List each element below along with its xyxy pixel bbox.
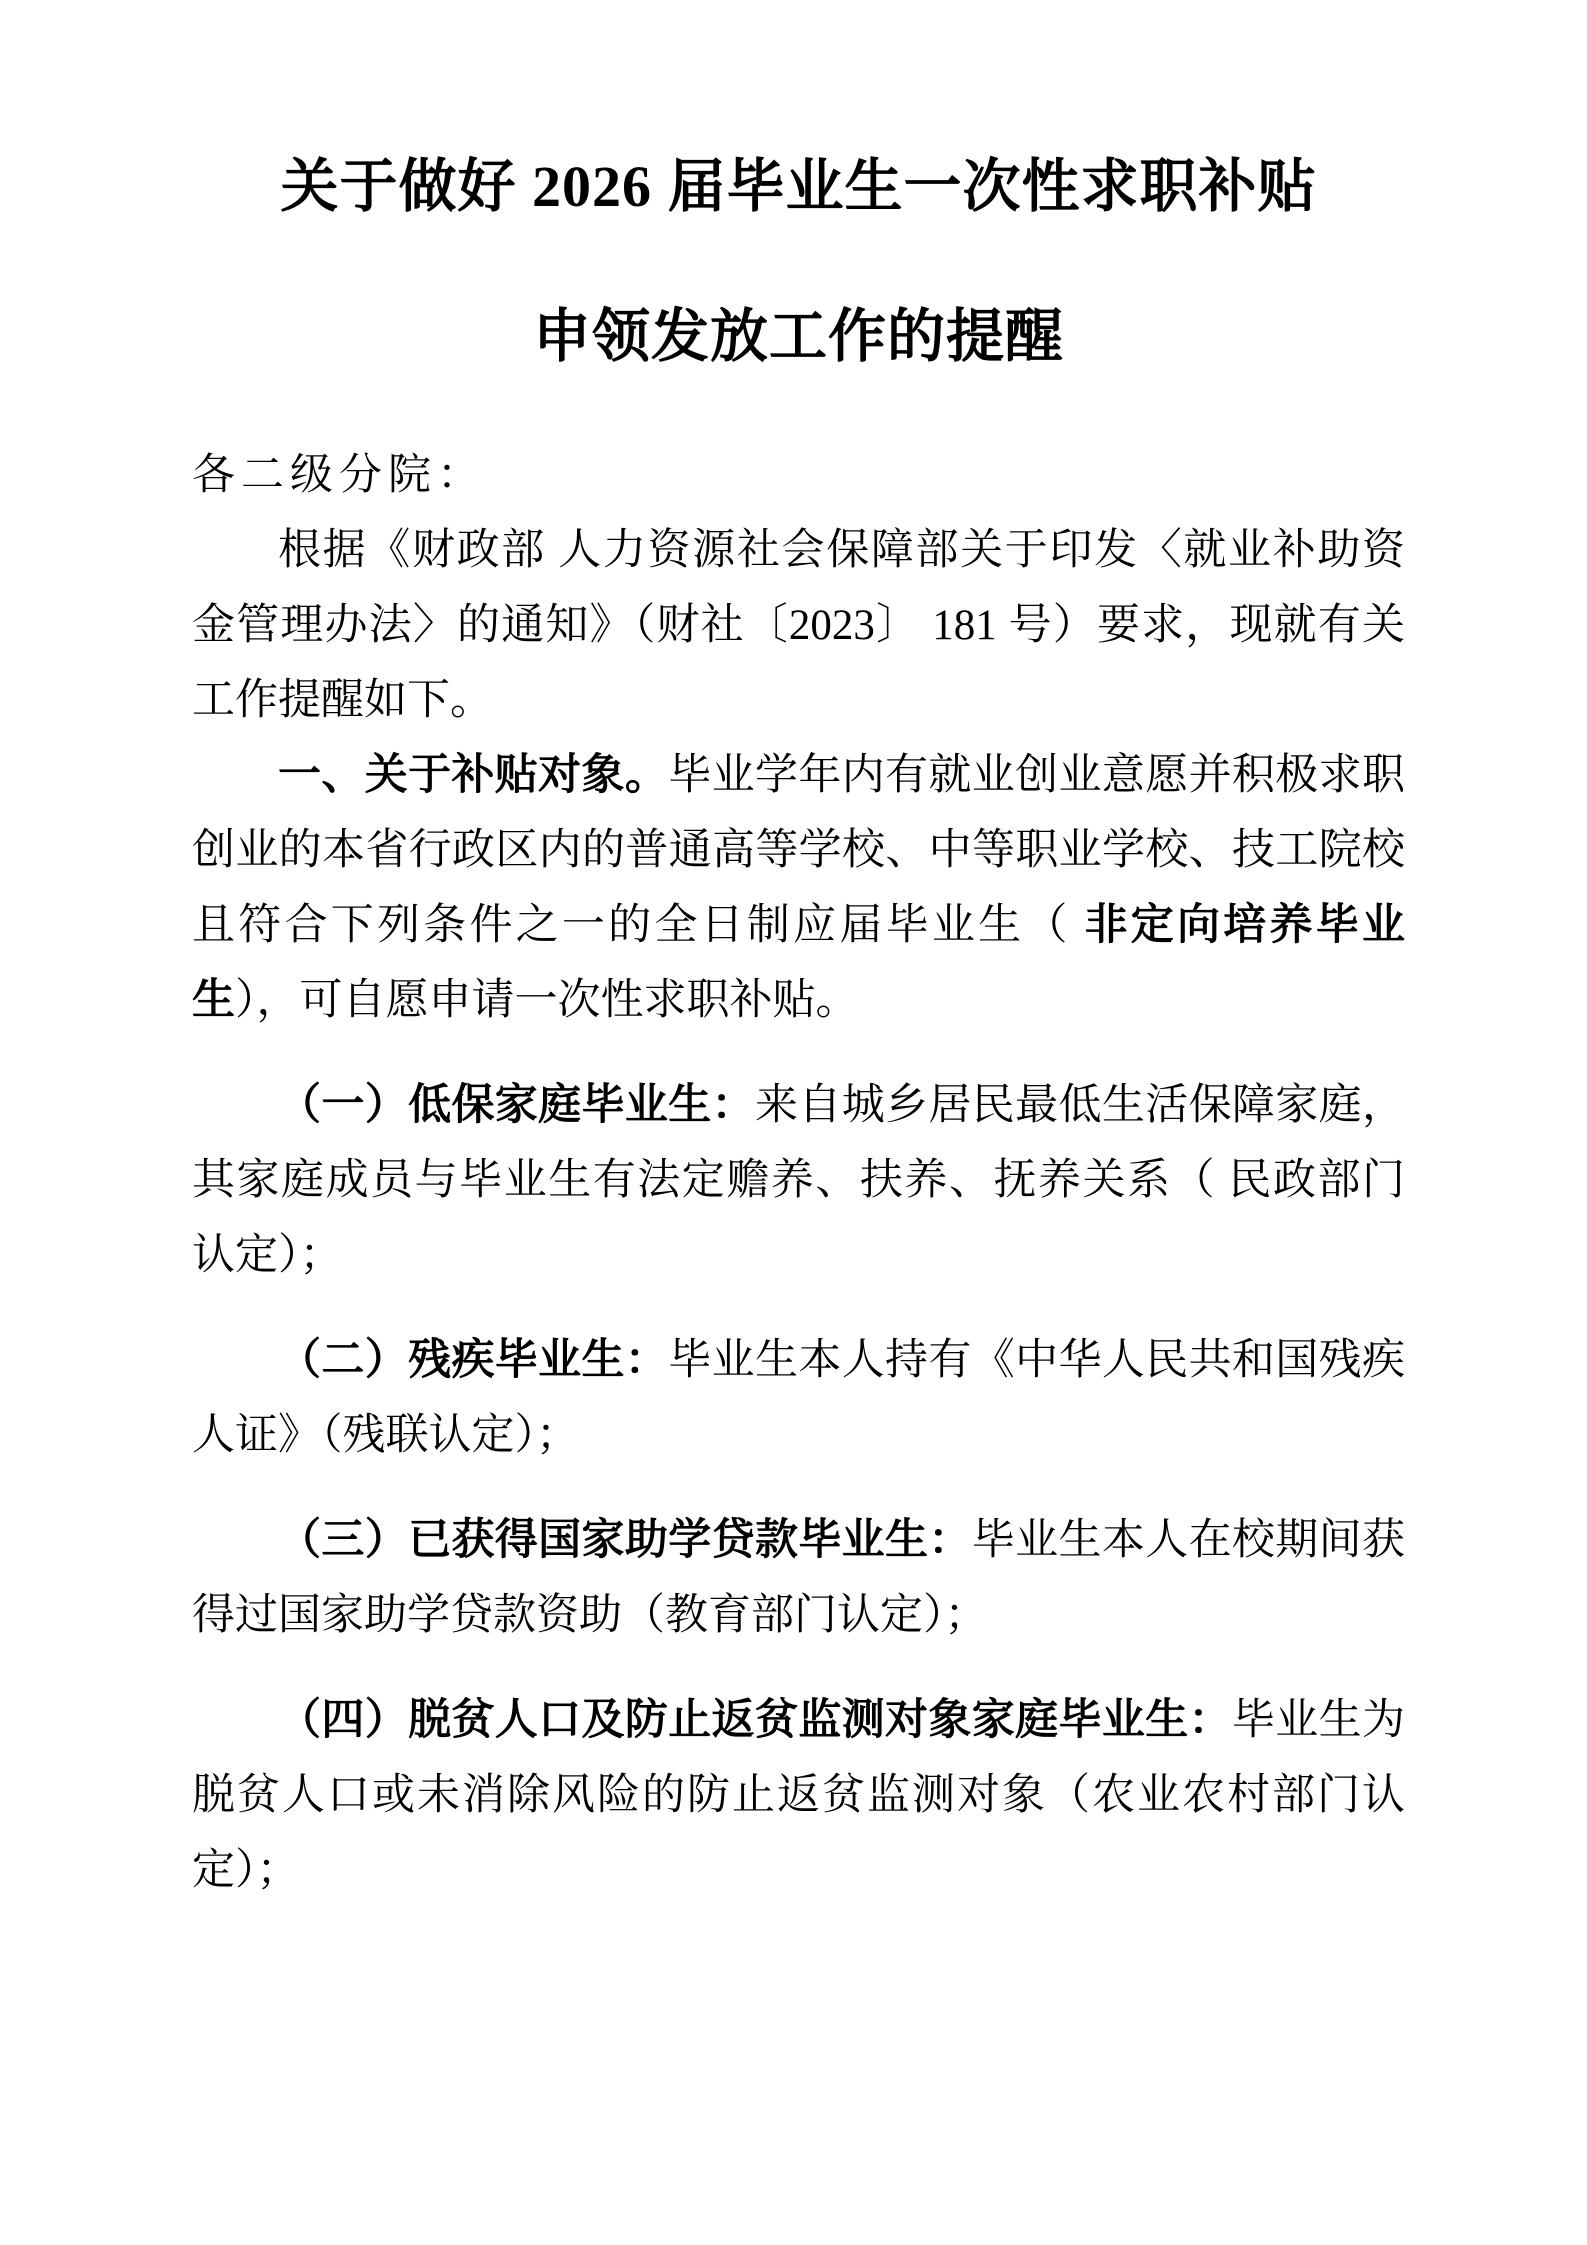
document-body: 各二级分院： 根据《财政部 人力资源社会保障部关于印发〈就业补助资金管理办法〉的… [192,438,1405,1908]
document-title: 关于做好 2026 届毕业生一次性求职补贴 申领发放工作的提醒 [192,112,1405,412]
title-line-1: 关于做好 2026 届毕业生一次性求职补贴 [192,112,1405,262]
intro-text: 根据《财政部 人力资源社会保障部关于印发〈就业补助资金管理办法〉的通知》（财社〔… [192,527,1405,724]
section-1-paragraph: 一、关于补贴对象。毕业学年内有就业创业意愿并积极求职创业的本省行政区内的普通高等… [192,738,1405,1038]
list-item-1: （一）低保家庭毕业生：来自城乡居民最低生活保障家庭，其家庭成员与毕业生有法定赡养… [192,1068,1405,1293]
title-line-2: 申领发放工作的提醒 [192,262,1405,412]
list-item-2-label: （二）残疾毕业生： [278,1337,668,1384]
document-page: 关于做好 2026 届毕业生一次性求职补贴 申领发放工作的提醒 各二级分院： 根… [0,0,1587,2245]
list-item-3: （三）已获得国家助学贷款毕业生：毕业生本人在校期间获得过国家助学贷款资助（教育部… [192,1503,1405,1653]
list-item-1-label: （一）低保家庭毕业生： [278,1082,755,1129]
section-1-body-b: ），可自愿申请一次性求职补贴。 [235,977,859,1024]
list-item-2: （二）残疾毕业生：毕业生本人持有《中华人民共和国残疾人证》（残联认定）； [192,1323,1405,1473]
section-1-heading: 一、关于补贴对象。 [278,752,668,799]
intro-paragraph: 根据《财政部 人力资源社会保障部关于印发〈就业补助资金管理办法〉的通知》（财社〔… [192,513,1405,738]
list-item-4-label: （四）脱贫人口及防止返贫监测对象家庭毕业生： [278,1697,1232,1744]
salutation: 各二级分院： [192,438,1405,513]
list-item-4: （四）脱贫人口及防止返贫监测对象家庭毕业生：毕业生为脱贫人口或未消除风险的防止返… [192,1683,1405,1908]
list-item-3-label: （三）已获得国家助学贷款毕业生： [278,1517,972,1564]
